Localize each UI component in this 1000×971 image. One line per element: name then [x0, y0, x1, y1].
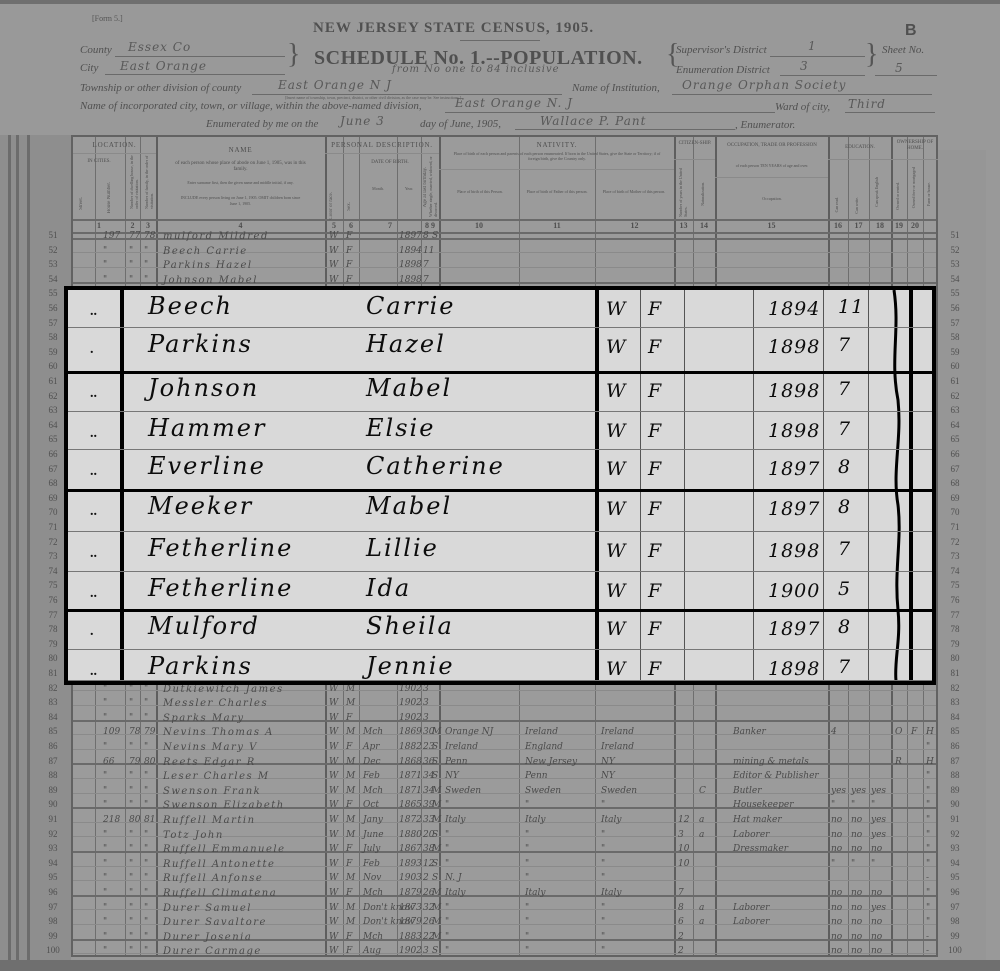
cell-speak: no	[871, 844, 882, 854]
line-number: 88	[40, 770, 66, 780]
inset-age: 7	[838, 418, 851, 440]
cell-month: July	[363, 844, 380, 854]
inset-row-rule	[68, 449, 932, 450]
column-number: 11	[519, 221, 595, 230]
line-number: 91	[40, 814, 66, 824]
line-number: 84	[40, 712, 66, 722]
cell-age: 3	[423, 713, 429, 723]
line-number: 61	[40, 376, 66, 386]
cell-name: Totz John	[163, 830, 224, 841]
cell-house: "	[103, 946, 107, 956]
ward-label: Ward of city,	[775, 101, 830, 113]
cell-dwelling: "	[129, 917, 133, 927]
cell-mother: Italy	[601, 888, 622, 898]
cell-family: "	[144, 932, 148, 942]
cell-family: "	[144, 888, 148, 898]
cell-farm: "	[926, 903, 930, 913]
line-number: 97	[942, 902, 968, 912]
cell-farm: "	[926, 815, 930, 825]
cell-age: 7	[423, 275, 429, 285]
line-number: 72	[40, 537, 66, 547]
cell-family: "	[144, 771, 148, 781]
inset-row-rule	[68, 289, 932, 290]
cell-house: "	[103, 844, 107, 854]
cell-sex: M	[346, 917, 355, 927]
census-sheet: [Form 5.] NEW JERSEY STATE CENSUS, 1905.…	[0, 0, 1000, 971]
cell-speak: yes	[871, 903, 886, 913]
column-number: 1	[73, 221, 125, 230]
cell-sex: M	[346, 830, 355, 840]
column-number: 20	[907, 221, 923, 230]
county-label: County	[80, 44, 112, 56]
line-number: 84	[942, 712, 968, 722]
cell-house: "	[103, 917, 107, 927]
cell-age: 2	[423, 873, 429, 883]
cell-color: W	[329, 786, 338, 796]
line-number: 98	[942, 916, 968, 926]
inset-sex: F	[648, 380, 662, 402]
cell-color: W	[329, 917, 338, 927]
line-number: 69	[942, 493, 968, 503]
inset-birth-year: 1898	[768, 658, 820, 680]
cell-name: Nevins Thomas A	[163, 727, 274, 738]
inset-age: 11	[838, 296, 864, 318]
cell-dwelling: "	[129, 844, 133, 854]
cell-color: W	[329, 260, 338, 270]
line-number: 70	[40, 507, 66, 517]
column-number: 13	[674, 221, 693, 230]
form-label: [Form 5.]	[92, 14, 123, 23]
cell-color: W	[329, 713, 338, 723]
cell-read: no	[831, 917, 842, 927]
cell-color: W	[329, 815, 338, 825]
enumeration-district-label: Enumeration District	[676, 64, 770, 76]
cell-color: W	[329, 946, 338, 956]
cell-color: W	[329, 932, 338, 942]
cell-house: "	[103, 873, 107, 883]
line-number: 77	[40, 610, 66, 620]
cell-birth: Sweden	[445, 786, 481, 796]
magnified-inset: ..BeechCarrieWF189411.ParkinsHazelWF1898…	[64, 286, 936, 685]
cell-own: R	[895, 757, 902, 767]
cell-house: "	[103, 260, 107, 270]
inset-divider-name-left	[120, 290, 124, 681]
cell-sex: F	[346, 859, 352, 869]
cell-write: "	[851, 800, 855, 810]
inset-color: W	[606, 458, 627, 480]
cell-marital: M	[432, 786, 441, 796]
cell-years_us: 3	[678, 830, 684, 840]
title-rule	[460, 40, 540, 41]
cell-name: Leser Charles M	[163, 771, 270, 782]
cell-birth: Orange NJ	[445, 727, 493, 737]
cell-father: Ireland	[525, 727, 558, 737]
cell-name: Ruffell Anfonse	[163, 873, 263, 884]
cell-birth: "	[445, 903, 449, 913]
hdr-can-speak: Can speak English	[874, 177, 879, 207]
inset-sex: F	[648, 618, 662, 640]
cell-farm: "	[926, 917, 930, 927]
cell-house: "	[103, 698, 107, 708]
cell-year: 1871	[399, 786, 422, 796]
cell-farm: "	[926, 830, 930, 840]
cell-marital: M	[432, 815, 441, 825]
cell-naturalization: a	[699, 903, 704, 913]
inset-row-rule	[68, 571, 932, 572]
inset-age: 7	[838, 334, 851, 356]
hdr-nativity-desc: Place of birth of each person and parent…	[448, 151, 666, 161]
cell-write: no	[851, 903, 862, 913]
line-number: 53	[40, 259, 66, 269]
hdr-color: Color or race.	[329, 192, 334, 220]
hdr-can-write: Can write.	[854, 197, 859, 214]
cell-mother: "	[601, 932, 605, 942]
cell-house: "	[103, 713, 107, 723]
hdr-in-cities: IN CITIES.	[73, 158, 125, 165]
cell-years_us: 10	[678, 859, 689, 869]
cell-own: O	[895, 727, 902, 737]
binding-line	[27, 135, 30, 961]
inset-sex: F	[648, 458, 662, 480]
cell-dwelling: "	[129, 275, 133, 285]
inset-sex: F	[648, 498, 662, 520]
incorporated-line	[445, 112, 775, 113]
cell-father: "	[525, 844, 529, 854]
inset-color: W	[606, 618, 627, 640]
header-brace-left: }	[287, 40, 300, 70]
inset-sex: F	[648, 336, 662, 358]
cell-family: "	[144, 903, 148, 913]
line-number: 70	[942, 507, 968, 517]
cell-father: "	[525, 932, 529, 942]
cell-marital: S	[432, 830, 438, 840]
cell-dwelling: "	[129, 830, 133, 840]
line-number: 91	[942, 814, 968, 824]
cell-name: Durer Josenia	[163, 932, 252, 943]
cell-dwelling: 77	[129, 231, 140, 241]
cell-family: 78	[144, 231, 155, 241]
line-number: 61	[942, 376, 968, 386]
line-number: 80	[942, 653, 968, 663]
hdr-occupation: OCCUPATION, TRADE OR PROFESSION	[717, 143, 827, 149]
cell-family: "	[144, 873, 148, 883]
line-number: 52	[942, 245, 968, 255]
cell-mother: Ireland	[601, 742, 634, 752]
cell-year: 1879	[399, 917, 422, 927]
cell-month: Jany	[363, 815, 383, 825]
cell-house: "	[103, 903, 107, 913]
line-number: 73	[40, 551, 66, 561]
cell-occupation: mining & metals	[733, 757, 809, 767]
line-number: 63	[942, 405, 968, 415]
cell-dwelling: 80	[129, 815, 140, 825]
inset-ditto-mark: ..	[90, 664, 97, 680]
cell-birth: "	[445, 932, 449, 942]
cell-year: 1880	[399, 830, 422, 840]
cell-month: Apr	[363, 742, 380, 752]
cell-family: "	[144, 800, 148, 810]
document-title: NEW JERSEY STATE CENSUS, 1905.	[313, 20, 594, 37]
inset-given-name: Mabel	[366, 492, 452, 520]
cell-farm: H	[926, 757, 934, 767]
hdr-marital: Whether single, married, widowed, or div…	[428, 142, 438, 217]
line-number: 75	[942, 580, 968, 590]
cell-write: no	[851, 830, 862, 840]
cell-sex: F	[346, 742, 352, 752]
cell-naturalization: a	[699, 917, 704, 927]
cell-color: W	[329, 684, 338, 694]
line-number: 62	[40, 391, 66, 401]
cell-color: W	[329, 757, 338, 767]
cell-marital: S	[432, 757, 438, 767]
cell-sex: F	[346, 260, 352, 270]
cell-family: 80	[144, 757, 155, 767]
cell-birth: "	[445, 800, 449, 810]
line-number: 69	[40, 493, 66, 503]
line-number: 71	[942, 522, 968, 532]
cell-write: yes	[851, 786, 866, 796]
cell-birth: Penn	[445, 757, 468, 767]
cell-mother: Italy	[601, 815, 622, 825]
inset-birth-year: 1897	[768, 618, 820, 640]
column-number: 6	[343, 221, 359, 230]
line-number: 65	[942, 434, 968, 444]
cell-month: June	[363, 830, 384, 840]
cell-birth: Italy	[445, 888, 466, 898]
line-number: 77	[942, 610, 968, 620]
line-number: 94	[40, 858, 66, 868]
cell-house: 66	[103, 757, 114, 767]
cell-years_us: 6	[678, 917, 684, 927]
line-number: 52	[40, 245, 66, 255]
inset-ditto-mark: .	[90, 624, 94, 640]
cell-farm: -	[926, 873, 929, 883]
hdr-naturalization: Naturalization.	[700, 182, 705, 206]
hdr-dwelling-number: Number of dwelling house, in the order o…	[129, 147, 139, 209]
cell-sex: F	[346, 713, 352, 723]
cell-mother: "	[601, 917, 605, 927]
cell-birth: Italy	[445, 815, 466, 825]
cell-sex: F	[346, 844, 352, 854]
cell-write: no	[851, 917, 862, 927]
cell-years_us: 12	[678, 815, 689, 825]
cell-name: Durer Samuel	[163, 903, 252, 914]
hdr-sex: Sex.	[347, 202, 352, 211]
cell-family: "	[144, 275, 148, 285]
line-number: 95	[942, 872, 968, 882]
cell-month: Nov	[363, 873, 381, 883]
cell-marital: S	[432, 231, 438, 241]
inset-sex: F	[648, 658, 662, 680]
cell-color: W	[329, 844, 338, 854]
cell-mother: "	[601, 946, 605, 956]
line-number: 85	[942, 726, 968, 736]
cell-birth: N. J	[445, 873, 462, 883]
cell-mother: "	[601, 903, 605, 913]
inset-surname: Johnson	[148, 374, 259, 402]
cell-farm: "	[926, 786, 930, 796]
inset-surname: Beech	[148, 292, 233, 320]
enumerator-label: , Enumerator.	[735, 119, 795, 131]
inset-row-rule	[68, 649, 932, 650]
column-number: 2	[125, 221, 140, 230]
line-number: 83	[40, 697, 66, 707]
line-number: 56	[40, 303, 66, 313]
line-number: 81	[40, 668, 66, 678]
cell-read: no	[831, 815, 842, 825]
hdr-ownership: OWNERSHIP OF HOME.	[892, 140, 938, 152]
inset-ditto-mark: ..	[90, 464, 97, 480]
cell-marital: M	[432, 844, 441, 854]
cell-year: 1883	[399, 932, 422, 942]
inset-ditto-mark: ..	[90, 386, 97, 402]
cell-family: "	[144, 684, 148, 694]
line-number: 88	[942, 770, 968, 780]
ward-value: Third	[848, 97, 886, 111]
cell-month: Mch	[363, 888, 383, 898]
cell-year: 1902	[399, 946, 422, 956]
hdr-nativity: NATIVITY.	[441, 142, 673, 149]
cell-house: 197	[103, 231, 120, 241]
line-number: 93	[40, 843, 66, 853]
incorporated-label: Name of incorporated city, town, or vill…	[80, 100, 422, 112]
cell-year: 1882	[399, 742, 422, 752]
cell-family: "	[144, 260, 148, 270]
line-number: 87	[40, 756, 66, 766]
cell-dwelling: "	[129, 771, 133, 781]
cell-month: Mch	[363, 786, 383, 796]
cell-write: no	[851, 932, 862, 942]
cell-house: "	[103, 888, 107, 898]
line-number: 74	[40, 566, 66, 576]
column-number: 10	[439, 221, 519, 230]
inset-given-name: Carrie	[366, 292, 456, 320]
cell-name: Johnson Mabel	[163, 275, 258, 286]
line-number: 92	[942, 829, 968, 839]
cell-mother: NY	[601, 771, 615, 781]
line-number: 73	[942, 551, 968, 561]
cell-marital: M	[432, 800, 441, 810]
cell-farm: -	[926, 946, 929, 956]
cell-year: 1868	[399, 757, 422, 767]
line-number: 67	[942, 464, 968, 474]
hdr-name-desc1: of each person whose place of abode on J…	[168, 161, 313, 173]
cell-write: no	[851, 815, 862, 825]
line-number: 57	[40, 318, 66, 328]
inset-age: 7	[838, 538, 851, 560]
inset-birth-year: 1897	[768, 498, 820, 520]
cell-year: 1873	[399, 903, 422, 913]
cell-birth: "	[445, 859, 449, 869]
cell-sex: M	[346, 903, 355, 913]
cell-color: W	[329, 888, 338, 898]
hdr-birth-person: Place of birth of this Person.	[441, 189, 519, 194]
column-number: 12	[595, 221, 674, 230]
cell-father: "	[525, 873, 529, 883]
cell-dwelling: "	[129, 903, 133, 913]
line-number: 72	[942, 537, 968, 547]
line-number: 79	[40, 639, 66, 649]
inset-row-rule	[68, 531, 932, 532]
inset-surname: Parkins	[148, 330, 253, 358]
column-number: 7	[359, 221, 421, 230]
cell-color: W	[329, 830, 338, 840]
cell-age: 3	[423, 946, 429, 956]
township-value: East Orange N J	[278, 78, 392, 92]
inset-sex: F	[648, 420, 662, 442]
column-number: 14	[693, 221, 715, 230]
inset-color: W	[606, 336, 627, 358]
line-number: 57	[942, 318, 968, 328]
ward-line	[845, 112, 935, 113]
cell-house: "	[103, 859, 107, 869]
hdr-education: EDUCATION.	[829, 144, 891, 151]
hdr-citizenship: CITIZEN-SHIP.	[675, 141, 715, 147]
county-value: Essex Co	[128, 40, 191, 54]
cell-year: 1898	[399, 275, 422, 285]
cell-marital: S	[432, 873, 438, 883]
line-number: 100	[942, 945, 968, 955]
inset-birth-year: 1898	[768, 540, 820, 562]
hdr-line	[439, 169, 674, 170]
line-number: 56	[942, 303, 968, 313]
cell-color: W	[329, 742, 338, 752]
cell-sex: M	[346, 873, 355, 883]
cell-name: Ruffell Martin	[163, 815, 256, 826]
inset-given-name: Mabel	[366, 374, 452, 402]
inset-birth-year: 1894	[768, 298, 820, 320]
sheet-number-value: 5	[895, 61, 904, 75]
cell-family: "	[144, 786, 148, 796]
column-number: 9	[427, 221, 439, 230]
inset-given-name: Elsie	[366, 414, 435, 442]
supervisor-district-value: 1	[808, 39, 817, 53]
line-number: 96	[40, 887, 66, 897]
sheet-letter: B	[905, 22, 917, 40]
cell-family: "	[144, 830, 148, 840]
line-number: 59	[942, 347, 968, 357]
cell-speak: yes	[871, 786, 886, 796]
cell-marital: M	[432, 727, 441, 737]
cell-dwelling: "	[129, 246, 133, 256]
line-number: 90	[942, 799, 968, 809]
cell-write: "	[851, 859, 855, 869]
district-brace-close: }	[865, 40, 878, 70]
line-number: 54	[942, 274, 968, 284]
inset-surname: Fetherline	[148, 534, 293, 562]
inset-birth-year: 1900	[768, 580, 820, 602]
cell-mother: Sweden	[601, 786, 637, 796]
cell-year: 1867	[399, 844, 422, 854]
cell-month: Mch	[363, 932, 383, 942]
city-line	[105, 74, 285, 75]
hdr-month: Month.	[359, 185, 397, 192]
cell-month: Dec	[363, 757, 381, 767]
cell-read: 4	[831, 727, 837, 737]
cell-father: Sweden	[525, 786, 561, 796]
cell-birth: "	[445, 917, 449, 927]
line-number: 83	[942, 697, 968, 707]
cell-father: "	[525, 859, 529, 869]
cell-house: "	[103, 275, 107, 285]
cell-farm: "	[926, 742, 930, 752]
cell-mother: NY	[601, 757, 615, 767]
cell-family: "	[144, 713, 148, 723]
cell-dwelling: "	[129, 859, 133, 869]
cell-age: 3	[423, 698, 429, 708]
inset-color: W	[606, 658, 627, 680]
cell-years_us: 2	[678, 932, 684, 942]
